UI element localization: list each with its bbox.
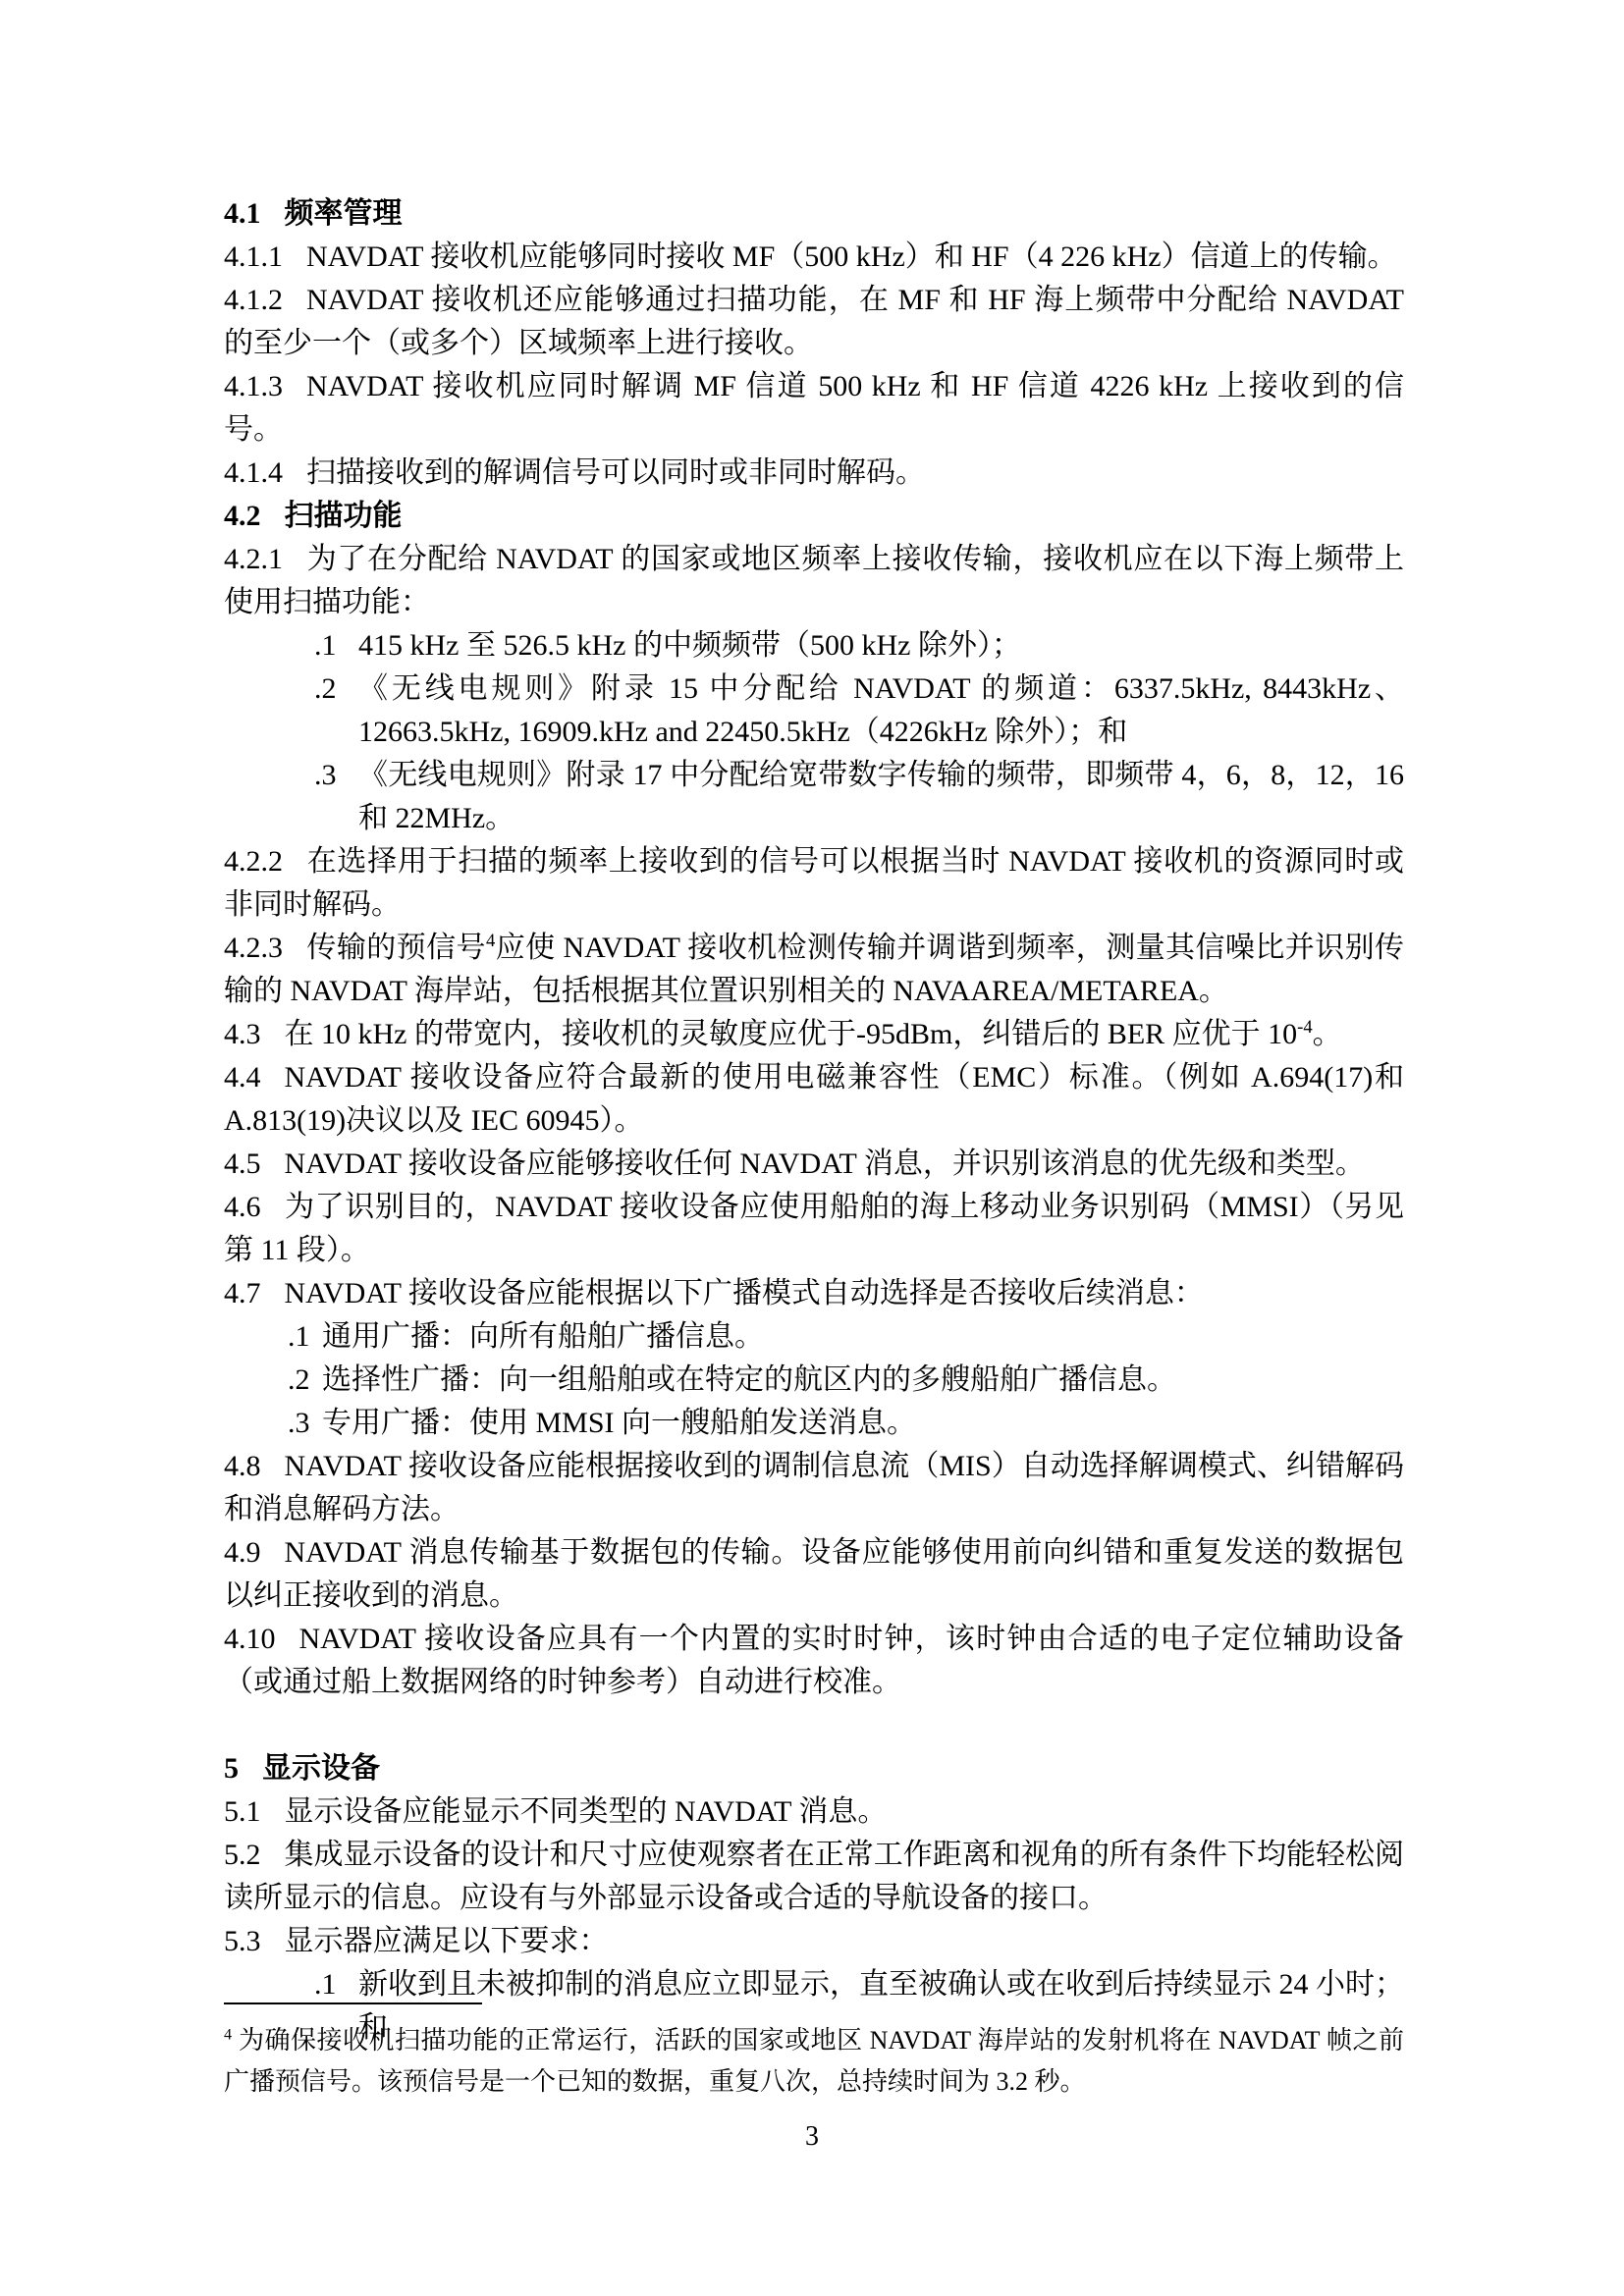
numbered-paragraph: 4.3在 10 kHz 的带宽内，接收机的灵敏度应优于-95dBm，纠错后的 B… xyxy=(224,1013,1404,1056)
item-text: NAVDAT 接收设备应具有一个内置的实时时钟，该时钟由合适的电子定位辅助设备（… xyxy=(224,1623,1404,1698)
list-item: .3专用广播：使用 MMSI 向一艘船舶发送消息。 xyxy=(224,1402,1404,1445)
item-number: .1 xyxy=(314,1963,337,2006)
item-number: 4.4 xyxy=(224,1061,261,1094)
footnote-text: 4 为确保接收机扫描功能的正常运行，活跃的国家或地区 NAVDAT 海岸站的发射… xyxy=(224,2020,1404,2103)
item-number: 4.2.2 xyxy=(224,845,283,878)
item-text: 集成显示设备的设计和尺寸应使观察者在正常工作距离和视角的所有条件下均能轻松阅读所… xyxy=(224,1839,1404,1914)
item-number: 4.2.1 xyxy=(224,543,283,575)
section-heading: 4.1频率管理 xyxy=(224,192,1404,236)
numbered-paragraph: 5.3显示器应满足以下要求： xyxy=(224,1920,1404,1963)
item-number: 4.10 xyxy=(224,1623,276,1655)
numbered-paragraph: 4.5NAVDAT 接收设备应能够接收任何 NAVDAT 消息，并识别该消息的优… xyxy=(224,1143,1404,1186)
item-number: .3 xyxy=(314,754,337,797)
list-item: .1通用广播：向所有船舶广播信息。 xyxy=(224,1315,1404,1359)
numbered-paragraph: 4.6为了识别目的，NAVDAT 接收设备应使用船舶的海上移动业务识别码（MMS… xyxy=(224,1186,1404,1272)
numbered-paragraph: 4.2.2在选择用于扫描的频率上接收到的信号可以根据当时 NAVDAT 接收机的… xyxy=(224,840,1404,927)
item-text: NAVDAT 消息传输基于数据包的传输。设备应能够使用前向纠错和重复发送的数据包… xyxy=(224,1536,1404,1612)
numbered-paragraph: 4.7NAVDAT 接收设备应能根据以下广播模式自动选择是否接收后续消息： xyxy=(224,1272,1404,1315)
numbered-paragraph: 4.8NAVDAT 接收设备应能根据接收到的调制信息流（MIS）自动选择解调模式… xyxy=(224,1445,1404,1531)
item-text: 在 10 kHz 的带宽内，接收机的灵敏度应优于-95dBm，纠错后的 BER … xyxy=(285,1018,1342,1050)
numbered-paragraph: 4.2.1为了在分配给 NAVDAT 的国家或地区频率上接收传输，接收机应在以下… xyxy=(224,538,1404,624)
list-item: .3《无线电规则》附录 17 中分配给宽带数字传输的频带，即频带 4，6，8，1… xyxy=(224,754,1404,840)
footnote-separator-rule xyxy=(224,2002,482,2004)
item-text: 扫描功能 xyxy=(285,500,403,532)
item-number: 4.9 xyxy=(224,1536,261,1569)
item-text: 在选择用于扫描的频率上接收到的信号可以根据当时 NAVDAT 接收机的资源同时或… xyxy=(224,845,1404,921)
item-number: 4.2.3 xyxy=(224,932,283,964)
item-text: NAVDAT 接收设备应能够接收任何 NAVDAT 消息，并识别该消息的优先级和… xyxy=(285,1148,1365,1180)
numbered-paragraph: 5.1显示设备应能显示不同类型的 NAVDAT 消息。 xyxy=(224,1790,1404,1834)
item-text: 频率管理 xyxy=(285,197,403,230)
item-number: 4.1.1 xyxy=(224,240,283,273)
item-number: .2 xyxy=(314,667,337,711)
footnote-marker: 4 xyxy=(224,2026,232,2043)
item-number: 4.8 xyxy=(224,1450,261,1482)
list-item: .1415 kHz 至 526.5 kHz 的中频频带（500 kHz 除外）； xyxy=(224,624,1404,667)
list-item: .2选择性广播：向一组船舶或在特定的航区内的多艘船舶广播信息。 xyxy=(224,1359,1404,1402)
list-item: .2《无线电规则》附录 15 中分配给 NAVDAT 的频道：6337.5kHz… xyxy=(224,667,1404,754)
document-body: 4.1频率管理4.1.1NAVDAT 接收机应能够同时接收 MF（500 kHz… xyxy=(224,192,1404,2050)
item-number: 4.1.2 xyxy=(224,284,283,316)
footnote-body-text: 为确保接收机扫描功能的正常运行，活跃的国家或地区 NAVDAT 海岸站的发射机将… xyxy=(224,2026,1404,2096)
item-text: 扫描接收到的解调信号可以同时或非同时解码。 xyxy=(306,456,925,489)
item-text: NAVDAT 接收设备应能根据以下广播模式自动选择是否接收后续消息： xyxy=(285,1277,1204,1309)
item-text: NAVDAT 接收机还应能够通过扫描功能，在 MF 和 HF 海上频带中分配给 … xyxy=(224,284,1404,359)
item-number: 5 xyxy=(224,1752,239,1785)
item-text: 为了在分配给 NAVDAT 的国家或地区频率上接收传输，接收机应在以下海上频带上… xyxy=(224,543,1404,618)
item-text: 专用广播：使用 MMSI 向一艘船舶发送消息。 xyxy=(322,1407,916,1439)
item-number: 4.1 xyxy=(224,197,261,230)
item-text: NAVDAT 接收机应同时解调 MF 信道 500 kHz 和 HF 信道 42… xyxy=(224,370,1404,446)
page-number: 3 xyxy=(0,2120,1624,2154)
item-number: 4.1.3 xyxy=(224,370,283,402)
numbered-paragraph: 4.1.4扫描接收到的解调信号可以同时或非同时解码。 xyxy=(224,452,1404,495)
item-number: 4.5 xyxy=(224,1148,261,1180)
numbered-paragraph: 4.4NAVDAT 接收设备应符合最新的使用电磁兼容性（EMC）标准。（例如 A… xyxy=(224,1056,1404,1143)
item-number: 5.3 xyxy=(224,1925,261,1957)
footnote: 4 为确保接收机扫描功能的正常运行，活跃的国家或地区 NAVDAT 海岸站的发射… xyxy=(224,2002,1404,2103)
item-number: .1 xyxy=(314,624,337,667)
numbered-paragraph: 5.2集成显示设备的设计和尺寸应使观察者在正常工作距离和视角的所有条件下均能轻松… xyxy=(224,1834,1404,1920)
item-number: 4.7 xyxy=(224,1277,261,1309)
item-text: 选择性广播：向一组船舶或在特定的航区内的多艘船舶广播信息。 xyxy=(322,1363,1176,1396)
numbered-paragraph: 4.10NAVDAT 接收设备应具有一个内置的实时时钟，该时钟由合适的电子定位辅… xyxy=(224,1618,1404,1704)
item-number: 5.2 xyxy=(224,1839,261,1871)
item-text: NAVDAT 接收设备应符合最新的使用电磁兼容性（EMC）标准。（例如 A.69… xyxy=(224,1061,1404,1137)
item-number: 4.3 xyxy=(224,1018,261,1050)
section-heading: 4.2扫描功能 xyxy=(224,495,1404,538)
item-text: 415 kHz 至 526.5 kHz 的中频频带（500 kHz 除外）； xyxy=(358,629,1021,662)
superscript: 4 xyxy=(486,931,495,951)
numbered-paragraph: 4.9NAVDAT 消息传输基于数据包的传输。设备应能够使用前向纠错和重复发送的… xyxy=(224,1531,1404,1618)
item-number: 5.1 xyxy=(224,1795,261,1828)
item-text: NAVDAT 接收机应能够同时接收 MF（500 kHz）和 HF（4 226 … xyxy=(306,240,1397,273)
numbered-paragraph: 4.1.3NAVDAT 接收机应同时解调 MF 信道 500 kHz 和 HF … xyxy=(224,365,1404,452)
item-text: 显示器应满足以下要求： xyxy=(285,1925,609,1957)
item-number: .2 xyxy=(288,1359,310,1402)
section-gap xyxy=(224,1704,1404,1747)
item-text: NAVDAT 接收设备应能根据接收到的调制信息流（MIS）自动选择解调模式、纠错… xyxy=(224,1450,1404,1525)
superscript: -4 xyxy=(1297,1017,1313,1038)
item-text: 《无线电规则》附录 15 中分配给 NAVDAT 的频道：6337.5kHz, … xyxy=(358,672,1404,748)
item-text: 显示设备 xyxy=(262,1752,380,1785)
numbered-paragraph: 4.1.2NAVDAT 接收机还应能够通过扫描功能，在 MF 和 HF 海上频带… xyxy=(224,279,1404,365)
item-text: 通用广播：向所有船舶广播信息。 xyxy=(322,1320,764,1353)
item-number: 4.1.4 xyxy=(224,456,283,489)
numbered-paragraph: 4.1.1NAVDAT 接收机应能够同时接收 MF（500 kHz）和 HF（4… xyxy=(224,236,1404,279)
item-number: .1 xyxy=(288,1315,310,1359)
numbered-paragraph: 4.2.3传输的预信号4应使 NAVDAT 接收机检测传输并调谐到频率，测量其信… xyxy=(224,927,1404,1013)
item-text: 传输的预信号4应使 NAVDAT 接收机检测传输并调谐到频率，测量其信噪比并识别… xyxy=(224,932,1404,1007)
document-page: 4.1频率管理4.1.1NAVDAT 接收机应能够同时接收 MF（500 kHz… xyxy=(0,0,1624,2296)
item-text: 显示设备应能显示不同类型的 NAVDAT 消息。 xyxy=(285,1795,888,1828)
section-heading: 5显示设备 xyxy=(224,1747,1404,1790)
item-number: 4.2 xyxy=(224,500,261,532)
item-text: 《无线电规则》附录 17 中分配给宽带数字传输的频带，即频带 4，6，8，12，… xyxy=(358,759,1404,834)
item-text: 为了识别目的，NAVDAT 接收设备应使用船舶的海上移动业务识别码（MMSI）（… xyxy=(224,1191,1404,1266)
item-number: 4.6 xyxy=(224,1191,261,1223)
item-number: .3 xyxy=(288,1402,310,1445)
